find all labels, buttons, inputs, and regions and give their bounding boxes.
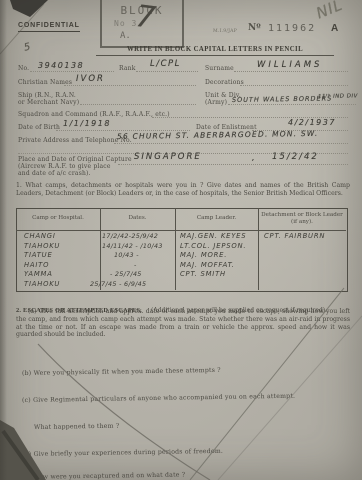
detachment-cell: CPT. FAIRBURN [264, 232, 325, 242]
dates-cell: 10/43 - [102, 251, 163, 261]
capture-label-2: (Aircrew R.A.F. to give place [18, 163, 111, 170]
ship-label-2: or Merchant Navy) [18, 99, 79, 106]
mi9-ref-label: M.I.9/JAP [213, 28, 237, 35]
nil-handwritten-note: NIL [314, 0, 346, 22]
serial-suffix: A [331, 23, 338, 34]
capture-label-3: and date of a/c crash). [18, 170, 91, 177]
stamp-text-a: A. [120, 31, 131, 41]
question-2c-text: (c) Give Regimental particulars of anyon… [22, 393, 295, 404]
pencil-instruction-heading: WRITE IN BLOCK CAPITAL LETTERS IN PENCIL [96, 46, 334, 56]
decorations-label: Decorations [205, 79, 244, 86]
camp-cell: TIATUE [24, 251, 60, 261]
dark-corner-blob [10, 0, 48, 17]
stamp-handwritten-seven: 7 [134, 0, 157, 36]
camp-cell: YAMMA [24, 270, 60, 280]
form-rule [80, 104, 196, 105]
capture-date-value: 15/2/42 [272, 152, 319, 162]
question-1-text: 1. What camps, detachments or hospitals … [16, 182, 350, 198]
christian-names-value: IVOR [76, 74, 105, 84]
camp-cell: TIAHOKU [24, 242, 60, 252]
unit-div-label-2: (Army) [205, 99, 227, 106]
capture-place-value: SINGAPORE [134, 152, 202, 162]
question-2e-text: (e) How were you recaptured and on what … [22, 471, 185, 480]
dob-value: 1/1/1918 [63, 119, 111, 128]
table-dates-column: 17/2/42-25/9/42 14/11/42 - /10/43 10/43 … [102, 232, 163, 290]
enlistment-value: 4/2/1937 [288, 118, 336, 127]
question-2a-text: (a) Give full description and approx. da… [16, 308, 350, 339]
form-rule [240, 85, 348, 86]
camp-cell: CHANGI [24, 232, 60, 242]
ship-label: Ship (R.N., R.A.N. [18, 92, 76, 99]
dates-cell: 14/11/42 - /10/43 [102, 242, 163, 252]
serial-number: 111962 [268, 23, 316, 34]
form-rule [228, 104, 356, 105]
detachment-cell [264, 251, 325, 261]
camp-cell: TIAHOKU [24, 280, 60, 290]
table-detachment-column: CPT. FAIRBURN [264, 232, 325, 290]
dates-cell: 17/2/42-25/9/42 [102, 232, 163, 242]
capture-label: Place and Date of Original Capture [18, 156, 132, 163]
capture-pencil-mark: , [252, 153, 256, 162]
detachment-cell [264, 242, 325, 252]
table-header-detachment: Detachment or Block Leader (if any). [260, 212, 344, 225]
form-rule [64, 85, 196, 86]
camp-cell: HAITO [24, 261, 60, 271]
question-2b-text: (b) Were you physically fit when you mad… [22, 367, 221, 377]
detachment-cell [264, 280, 325, 290]
surname-value: WILLIAMS [257, 60, 322, 70]
form-rule [136, 71, 198, 72]
leader-cell: LT.COL. JEPSON. [180, 242, 246, 252]
dates-cell: 25/7/45 - 6/9/45 [90, 280, 163, 290]
dates-cell: - [102, 261, 163, 271]
detachment-cell [264, 261, 325, 271]
table-column-divider [258, 208, 259, 290]
squadron-label: Squadron and Command (R.A.F., R.A.A.F., … [18, 111, 170, 118]
table-header-camp: Camp or Hospital. [18, 215, 98, 222]
rank-label: Rank [119, 65, 136, 72]
no-label: No. [18, 65, 29, 72]
form-rule [114, 143, 348, 144]
table-header-divider [16, 230, 346, 231]
confidential-marking: CONFIDENTIAL [18, 22, 80, 32]
leader-cell: MAJ.GEN. KEYES [180, 232, 246, 242]
leader-cell: CPT. SMITH [180, 270, 246, 280]
left-edge-shading [0, 0, 7, 480]
detachment-cell [264, 270, 325, 280]
service-number-value: 3940138 [38, 61, 84, 70]
table-leader-column: MAJ.GEN. KEYES LT.COL. JEPSON. MAJ. MORE… [180, 232, 246, 290]
form-rule [30, 71, 114, 72]
unit-division-value: 11ᵗʰ IND DIV [318, 93, 358, 100]
address-value: 56 CHURCH ST. ABERBARGOED. MON. SW. [117, 129, 319, 141]
surname-label: Surname [205, 65, 234, 72]
rank-value: L/CPL [150, 59, 181, 69]
leader-cell: MAJ. MORE. [180, 251, 246, 261]
dob-label: Date of Birth [18, 124, 60, 131]
table-header-leader: Camp Leader. [176, 215, 257, 222]
leader-cell: MAJ. MOFFAT. [180, 261, 246, 271]
table-header-dates: Dates. [101, 215, 174, 222]
serial-no-label: Nº [248, 23, 261, 33]
dates-cell: - 25/7/45 [102, 270, 163, 280]
leader-cell [180, 280, 246, 290]
pencil-stroke-curve [38, 344, 210, 480]
form-rule [234, 71, 348, 72]
question-2c-followup-text: What happened to them ? [34, 423, 119, 431]
block-number-stamp: BLOCK No 3 A. 7 [100, 0, 184, 48]
margin-pencil-mark: 5 [23, 41, 33, 53]
question-2d-text: (d) Give briefly your experiences during… [22, 448, 223, 458]
table-camp-column: CHANGI TIAHOKU TIATUE HAITO YAMMA TIAHOK… [24, 232, 60, 290]
form-rule [118, 164, 348, 165]
scanned-pow-questionnaire-document: CONFIDENTIAL BLOCK No 3 A. 7 M.I.9/JAP N… [0, 0, 362, 480]
